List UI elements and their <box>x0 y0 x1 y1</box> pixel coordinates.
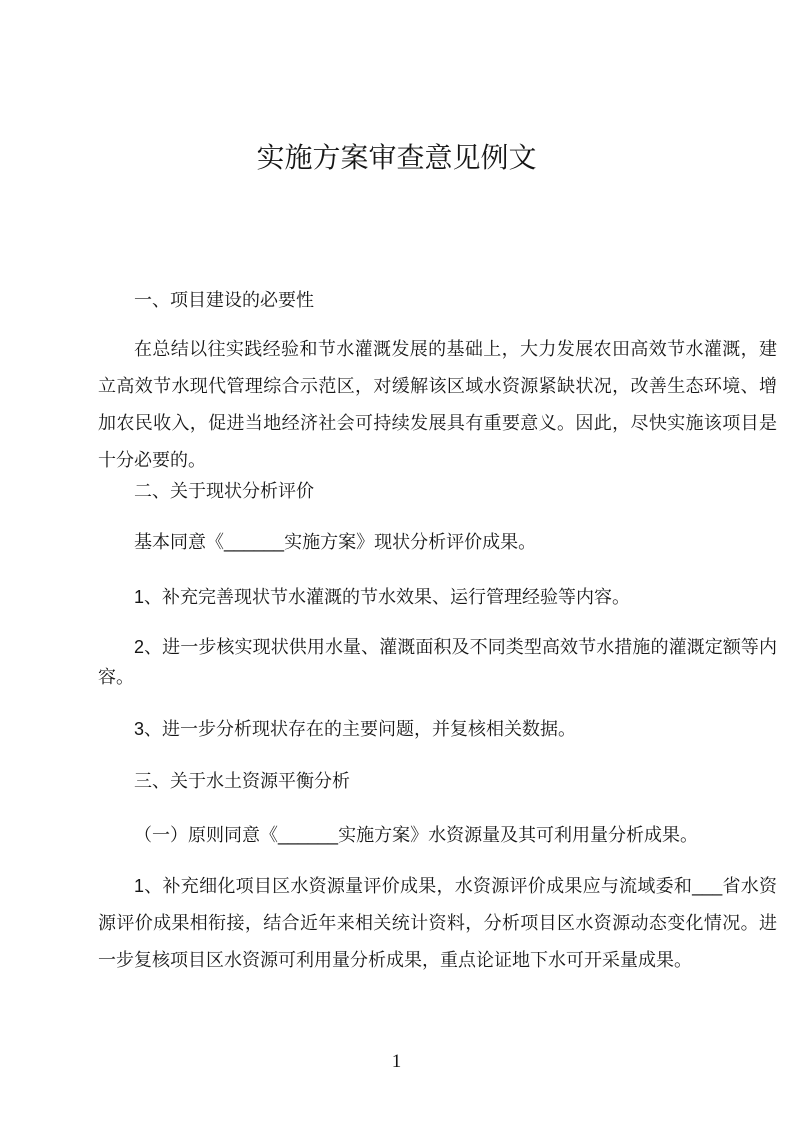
paragraph-principle-agreement: （一）原则同意《______实施方案》水资源量及其可利用量分析成果。 <box>98 825 777 845</box>
paragraph-water-resources-detail: 1、补充细化项目区水资源量评价成果，水资源评价成果应与流域委和___省水资源评价… <box>98 868 777 979</box>
paragraph-item-3: 3、进一步分析现状存在的主要问题，并复核相关数据。 <box>98 719 777 739</box>
paragraph-necessity: 在总结以往实践经验和节水灌溉发展的基础上，大力发展农田高效节水灌溉，建立高效节水… <box>98 331 777 479</box>
section-heading-1: 一、项目建设的必要性 <box>98 290 777 310</box>
section-heading-2: 二、关于现状分析评价 <box>98 481 777 501</box>
paragraph-item-2: 2、进一步核实现状供用水量、灌溉面积及不同类型高效节水措施的灌溉定额等内容。 <box>98 632 777 692</box>
document-page: 实施方案审查意见例文 一、项目建设的必要性 在总结以往实践经验和节水灌溉发展的基… <box>0 0 793 1122</box>
paragraph-item-1: 1、补充完善现状节水灌溉的节水效果、运行管理经验等内容。 <box>98 587 777 607</box>
document-title: 实施方案审查意见例文 <box>0 142 793 174</box>
paragraph-basic-agreement: 基本同意《______实施方案》现状分析评价成果。 <box>98 532 777 552</box>
page-number: 1 <box>0 1051 793 1072</box>
section-heading-3: 三、关于水土资源平衡分析 <box>98 771 777 791</box>
